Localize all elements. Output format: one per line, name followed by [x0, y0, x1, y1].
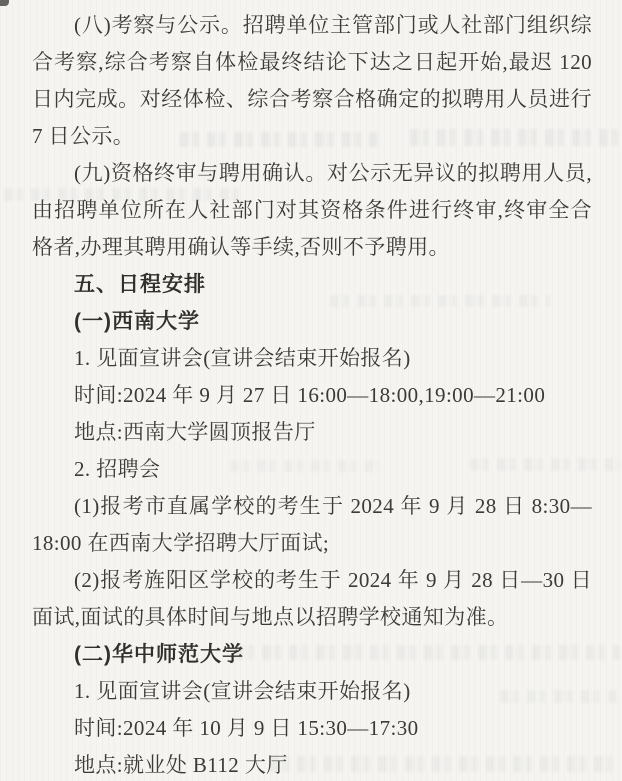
para-final-review-and-hiring: (九)资格终审与聘用确认。对公示无异议的拟聘用人员,由招聘单位所在人社部门对其资… — [32, 155, 592, 266]
item-briefing-session-swu: 1. 见面宣讲会(宣讲会结束开始报名) — [32, 340, 592, 377]
heading-schedule: 五、日程安排 — [32, 266, 592, 303]
item-job-fair: 2. 招聘会 — [32, 451, 592, 488]
line-time-swu: 时间:2024 年 9 月 27 日 16:00—18:00,19:00—21:… — [32, 377, 592, 414]
heading-southwest-university: (一)西南大学 — [32, 303, 592, 340]
document-text-block: (八)考察与公示。招聘单位主管部门或人社部门组织综合考察,综合考察自体检最终结论… — [32, 7, 592, 781]
scan-artifact-corner — [0, 0, 9, 6]
line-location-swu: 地点:西南大学圆顶报告厅 — [32, 414, 592, 451]
scanned-document-page: (八)考察与公示。招聘单位主管部门或人社部门组织综合考察,综合考察自体检最终结论… — [0, 0, 622, 781]
item-job-fair-detail-jingyang: (2)报考旌阳区学校的考生于 2024 年 9 月 28 日—30 日面试,面试… — [32, 562, 592, 636]
para-inspection-and-publicity: (八)考察与公示。招聘单位主管部门或人社部门组织综合考察,综合考察自体检最终结论… — [32, 7, 592, 155]
item-briefing-session-ccnu: 1. 见面宣讲会(宣讲会结束开始报名) — [32, 673, 592, 710]
line-time-ccnu: 时间:2024 年 10 月 9 日 15:30—17:30 — [32, 710, 592, 747]
line-location-ccnu: 地点:就业处 B112 大厅 — [32, 747, 592, 781]
item-job-fair-detail-city: (1)报考市直属学校的考生于 2024 年 9 月 28 日 8:30—18:0… — [32, 488, 592, 562]
heading-ccnu: (二)华中师范大学 — [32, 636, 592, 673]
